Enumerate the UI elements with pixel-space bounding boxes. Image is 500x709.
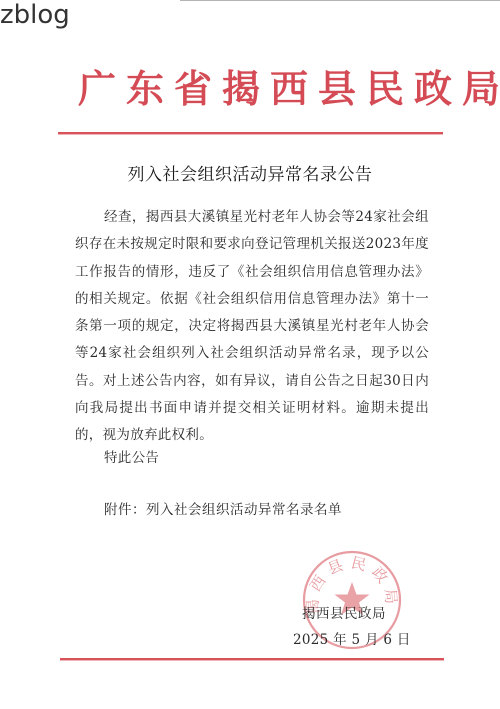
letterhead-divider [58, 132, 443, 135]
issue-date: 2025 年 5 月 6 日 [293, 630, 423, 650]
letterhead-title: 广东省揭西县民政局 [78, 66, 422, 112]
notice-title: 列入社会组织活动异常名录公告 [0, 164, 500, 186]
notice-body: 经查，揭西县大溪镇星光村老年人协会等24家社会组织存在未按规定时限和要求向登记管… [75, 204, 429, 450]
signature-organization: 揭西县民政局 [302, 604, 412, 624]
notice-closing: 特此公告 [104, 448, 159, 468]
watermark: zblog [0, 0, 70, 30]
page-top-edge [180, 0, 500, 1]
notice-attachment: 附件：列入社会组织活动异常名录名单 [104, 500, 342, 520]
footer-divider [60, 658, 444, 661]
